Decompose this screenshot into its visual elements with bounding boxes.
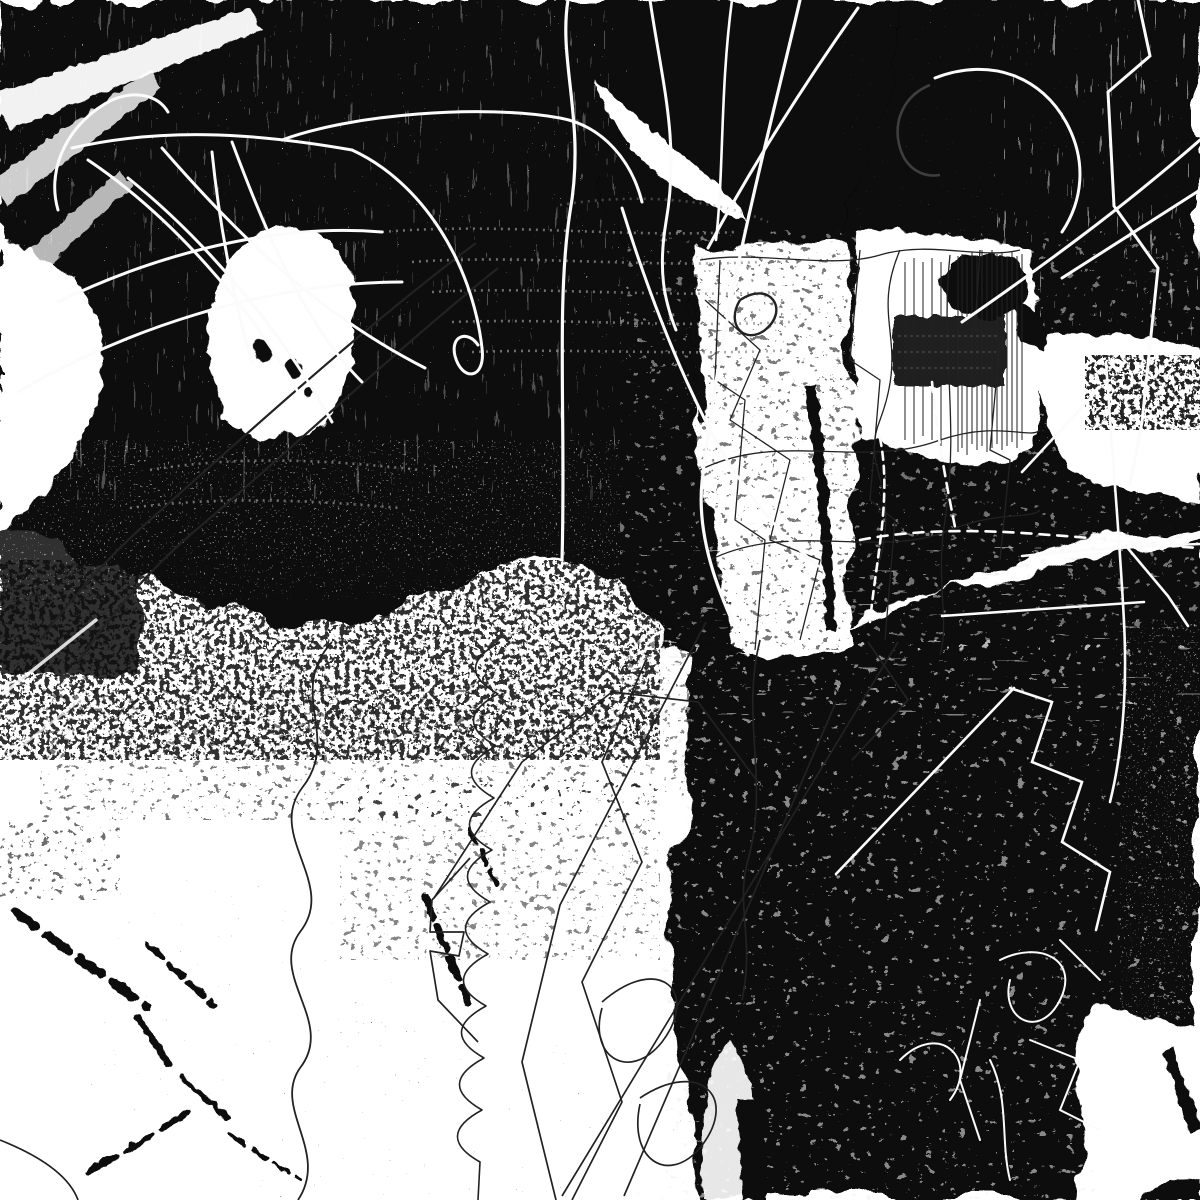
grain-overlay [1120,620,1200,1020]
artwork-svg [0,0,1200,1200]
bottom-dark-strip [737,1100,766,1200]
grain-overlay [90,880,420,1110]
artwork-canvas: Abstract black-and-white experimental pr… [0,0,1200,1200]
grain-overlay [540,1100,720,1200]
